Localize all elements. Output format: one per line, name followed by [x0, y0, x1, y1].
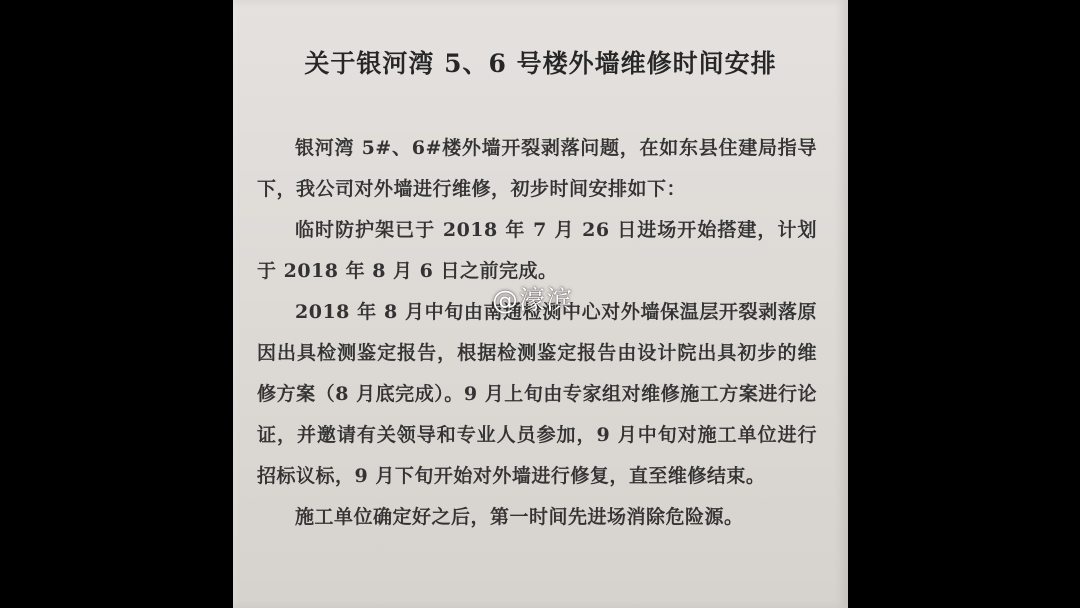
paragraph-schedule: 2018 年 8 月中旬由南通检测中心对外墙保温层开裂剥落原因出具检测鉴定报告，… — [257, 292, 817, 497]
paragraph-hazard: 施工单位确定好之后，第一时间先进场消除危险源。 — [257, 497, 817, 538]
watermark: @濠滨 — [492, 280, 573, 317]
image-viewer: 关于银河湾 5、6 号楼外墙维修时间安排 银河湾 5#、6#楼外墙开裂剥落问题，… — [0, 0, 1080, 608]
paragraph-intro: 银河湾 5#、6#楼外墙开裂剥落问题，在如东县住建局指导下，我公司对外墙进行维修… — [257, 128, 817, 210]
document-title: 关于银河湾 5、6 号楼外墙维修时间安排 — [233, 44, 848, 80]
letterbox-left — [0, 0, 233, 608]
letterbox-right — [848, 0, 1080, 608]
document-body: 银河湾 5#、6#楼外墙开裂剥落问题，在如东县住建局指导下，我公司对外墙进行维修… — [257, 128, 817, 538]
